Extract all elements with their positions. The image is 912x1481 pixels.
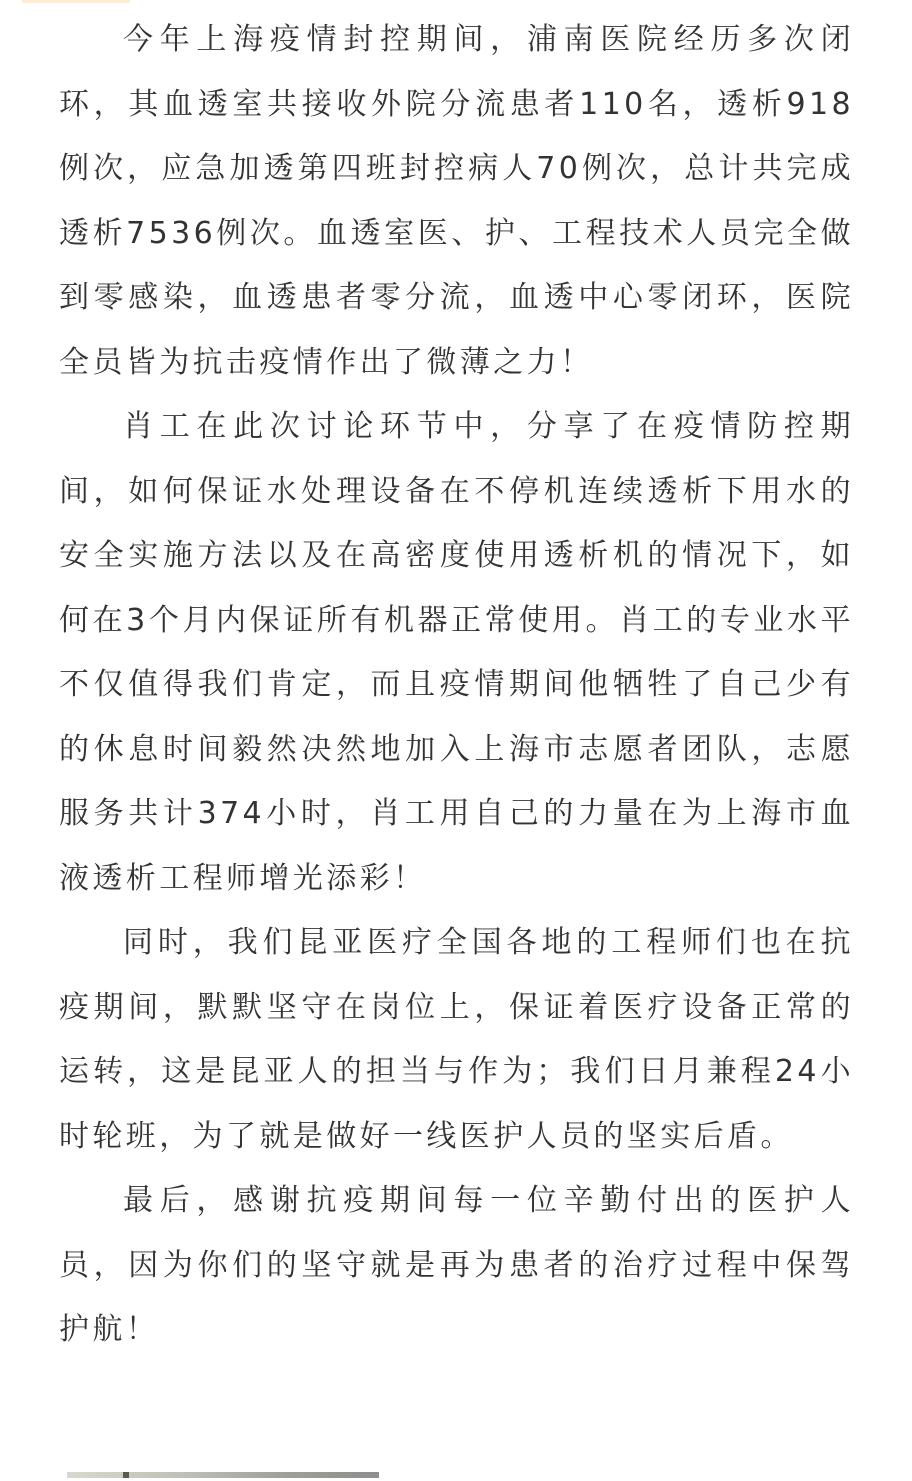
article-body: 今年上海疫情封控期间，浦南医院经历多次闭环，其血透室共接收外院分流患者110名，… [59, 8, 854, 1363]
photo-detail [123, 1472, 129, 1478]
paragraph-kunya-engineers: 同时，我们昆亚医疗全国各地的工程师们也在抗疫期间，默默坚守在岗位上，保证着医疗设… [59, 911, 854, 1169]
paragraph-thanks: 最后，感谢抗疫期间每一位辛勤付出的医护人员，因为你们的坚守就是再为患者的治疗过程… [59, 1169, 854, 1363]
top-decorative-strip [22, 0, 130, 3]
bottom-photo-edge [67, 1472, 379, 1478]
paragraph-epidemic-stats: 今年上海疫情封控期间，浦南医院经历多次闭环，其血透室共接收外院分流患者110名，… [59, 8, 854, 395]
paragraph-engineer-xiao: 肖工在此次讨论环节中，分享了在疫情防控期间，如何保证水处理设备在不停机连续透析下… [59, 395, 854, 911]
